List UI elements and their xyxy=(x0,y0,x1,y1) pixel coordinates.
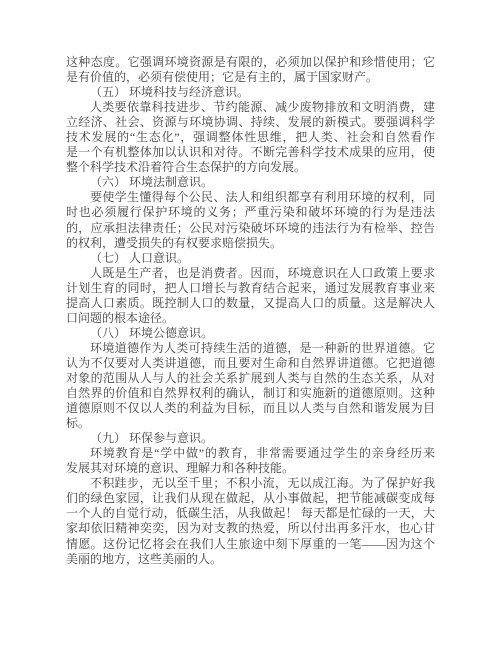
text-line: 的权利，遭受损失的有权要求赔偿损失。 xyxy=(66,236,435,251)
text-line: 一个人的自觉行动，低碳生活，从我做起！ 每天都是忙碌的一天，大 xyxy=(66,506,435,521)
text-line: 人类要依靠科技进步、节约能源、减少废物排放和文明消费，建 xyxy=(66,100,435,115)
text-line: 们的绿色家园，让我们从现在做起，从小事做起，把节能减碳变成每 xyxy=(66,491,435,506)
text-line: 人既是生产者，也是消费者。因而，环境意识在人口政策上要求 xyxy=(66,266,435,281)
text-line: 美丽的地方，这些美丽的人。 xyxy=(66,552,435,567)
text-line: 口问题的根本途径。 xyxy=(66,311,435,326)
text-line: 要使学生懂得每个公民、法人和组织都享有利用环境的权利，同 xyxy=(66,190,435,205)
text-line: 标。 xyxy=(66,416,435,431)
text-line: 家却依旧精神奕奕，因为对支教的热爱，所以付出再多汗水，也心甘 xyxy=(66,521,435,536)
document-page: 这种态度。它强调环境资源是有限的，必须加以保护和珍惜使用；它是有价值的，必须有偿… xyxy=(0,0,500,647)
text-line: 这种态度。它强调环境资源是有限的，必须加以保护和珍惜使用；它 xyxy=(66,55,435,70)
text-line: 环境教育是“学中做”的教育，非常需要通过学生的亲身经历来 xyxy=(66,446,435,461)
text-line: 情愿。这份记忆将会在我们人生旅途中刻下厚重的一笔——因为这个 xyxy=(66,537,435,552)
text-line: 提高人口素质。既控制人口的数量，又提高人口的质量。这是解决人 xyxy=(66,296,435,311)
text-line: 对象的范围从人与人的社会关系扩展到人类与自然的生态关系，从对 xyxy=(66,371,435,386)
text-line: 认为不仅要对人类讲道德，而且要对生命和自然界讲道德。它把道德 xyxy=(66,356,435,371)
text-line: 发展其对环境的意识、理解力和各种技能。 xyxy=(66,461,435,476)
text-line: 的，应承担法律责任；公民对污染破坏环境的违法行为有检举、控告 xyxy=(66,221,435,236)
text-line: 计划生育的同时，把人口增长与教育结合起来，通过发展教育事业来 xyxy=(66,281,435,296)
section-heading-line: （五） 环境科技与经济意识。 xyxy=(66,85,435,100)
text-line: 环境道德作为人类可持续生活的道德，是一种新的世界道德。它 xyxy=(66,341,435,356)
text-line: 自然界的价值和自然界权利的确认，制订和实施新的道德原则。这种 xyxy=(66,386,435,401)
text-line: 是有价值的，必须有偿使用；它是有主的，属于国家财产。 xyxy=(66,70,435,85)
text-line: 立经济、社会、资源与环境协调、持续、发展的新模式。要强调科学 xyxy=(66,115,435,130)
section-heading-line: （九） 环保参与意识。 xyxy=(66,431,435,446)
section-heading-line: （六） 环境法制意识。 xyxy=(66,175,435,190)
text-line: 不积跬步，无以至千里；不积小流，无以成江海。为了保护好我 xyxy=(66,476,435,491)
section-heading-line: （八） 环境公德意识。 xyxy=(66,326,435,341)
section-heading-line: （七） 人口意识。 xyxy=(66,251,435,266)
text-line: 道德原则不仅以人类的利益为目标，而且以人类与自然和谐发展为目 xyxy=(66,401,435,416)
text-line: 是一个有机整体加以认识和对待。不断完善科学技术成果的应用，使 xyxy=(66,145,435,160)
document-text-block: 这种态度。它强调环境资源是有限的，必须加以保护和珍惜使用；它是有价值的，必须有偿… xyxy=(66,55,435,567)
text-line: 技术发展的“生态化”，强调整体性思维，把人类、社会和自然看作 xyxy=(66,130,435,145)
text-line: 整个科学技术沿着符合生态保护的方向发展。 xyxy=(66,160,435,175)
text-line: 时也必须履行保护环境的义务；严重污染和破坏环境的行为是违法 xyxy=(66,205,435,220)
